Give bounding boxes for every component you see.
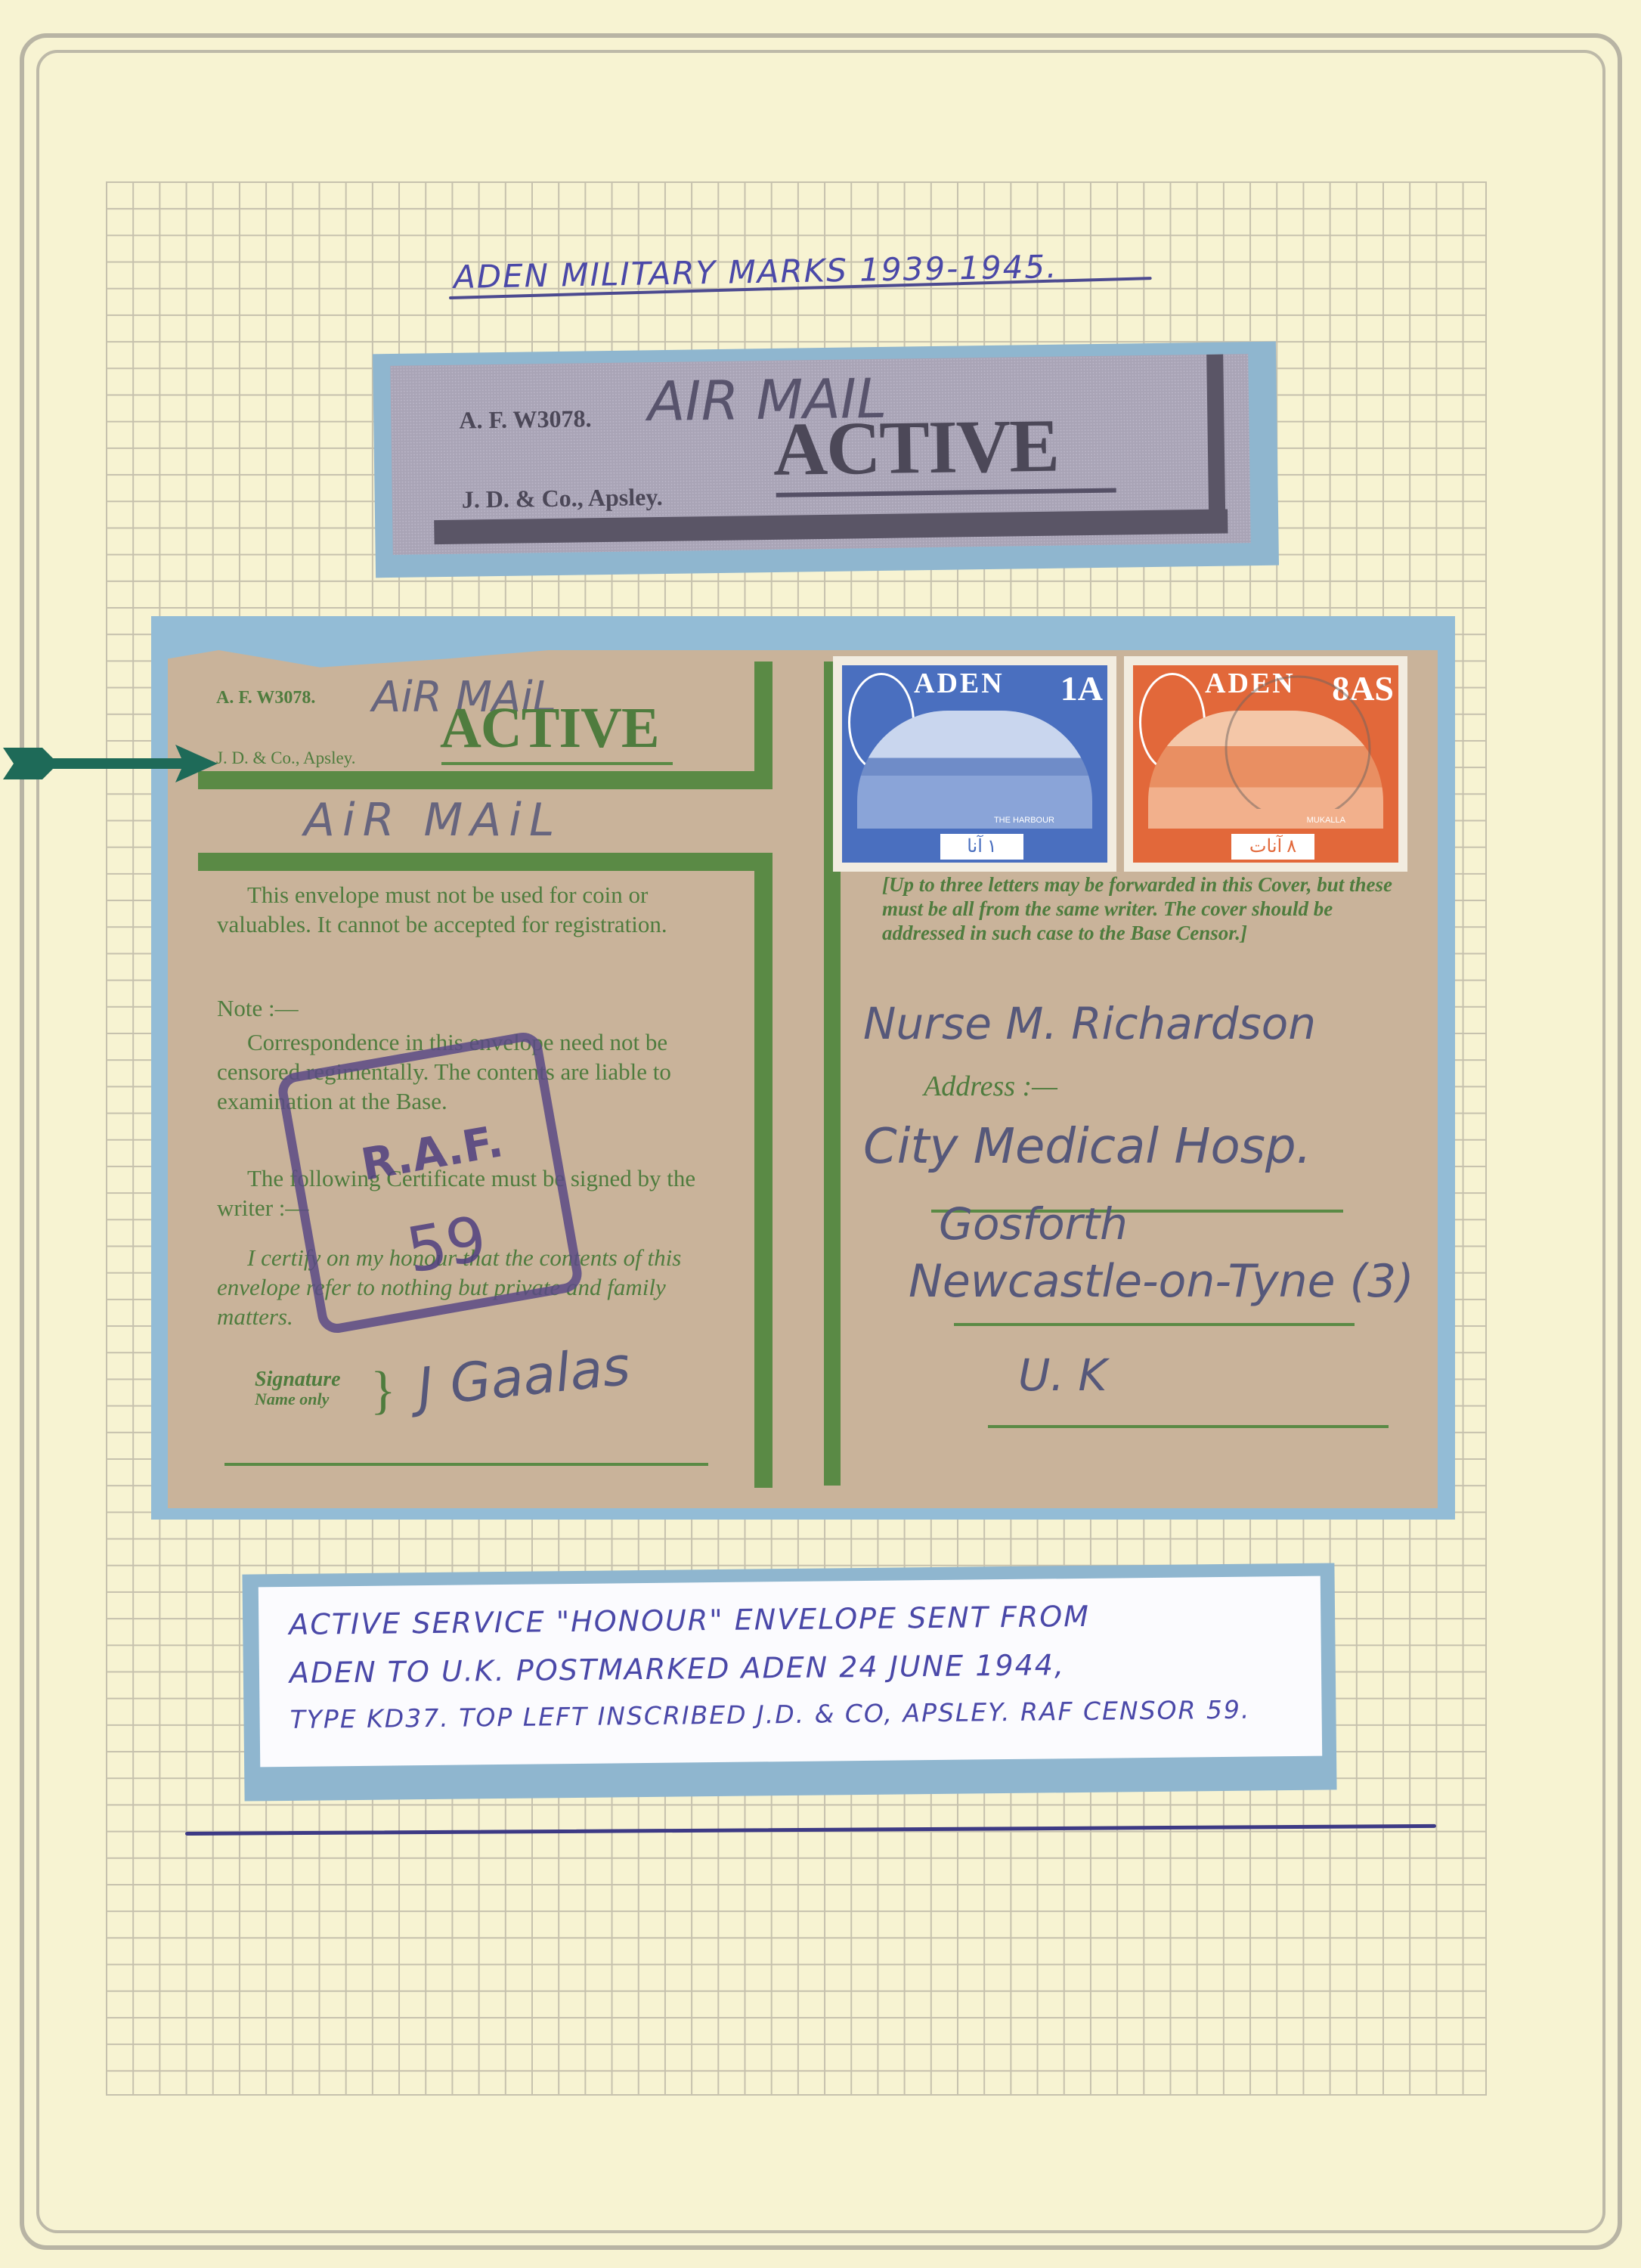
stamp-1a: ADEN 1A THE HARBOUR ١ آنا xyxy=(833,656,1116,872)
address-line: Gosforth xyxy=(939,1198,1128,1250)
envelope-printer: J. D. & Co., Apsley. xyxy=(216,748,355,768)
cover-instructions: [Up to three letters may be forwarded in… xyxy=(882,873,1411,946)
cutout-frame-bar-vertical xyxy=(1206,355,1225,532)
address-rule xyxy=(988,1425,1389,1428)
address-line: U. K xyxy=(1018,1349,1107,1401)
cutout-printer: J. D. & Co., Apsley. xyxy=(462,483,663,514)
envelope-heading-underline xyxy=(441,762,673,765)
frame-bar xyxy=(754,661,773,789)
envelope-form-number: A. F. W3078. xyxy=(216,688,315,708)
warning-text: This envelope must not be used for coin … xyxy=(217,881,708,940)
addressee: Nurse M. Richardson xyxy=(863,998,1316,1049)
postmark xyxy=(1218,650,1377,809)
frame-bar xyxy=(198,771,773,789)
cutout-form-number: A. F. W3078. xyxy=(459,404,592,434)
address-label: Address :— xyxy=(924,1070,1057,1103)
signature-label: Signature Name only xyxy=(255,1368,341,1408)
manuscript-airmail: AiR MAiL xyxy=(304,794,562,847)
envelope-heading: ACTIVE xyxy=(440,696,659,761)
brace-glyph: } xyxy=(370,1365,396,1417)
description-card: ACTIVE SERVICE "HONOUR" ENVELOPE SENT FR… xyxy=(259,1576,1322,1768)
signature-line xyxy=(224,1463,708,1466)
cutout-frame-bar xyxy=(434,509,1228,544)
address-line: City Medical Hosp. xyxy=(863,1119,1311,1175)
note-label: Note :— xyxy=(217,994,708,1024)
frame-bar xyxy=(198,853,773,871)
address-rule xyxy=(954,1323,1355,1326)
description-line: ACTIVE SERVICE "HONOUR" ENVELOPE SENT FR… xyxy=(289,1600,1090,1641)
description-line: ADEN TO U.K. POSTMARKED ADEN 24 JUNE 194… xyxy=(289,1648,1065,1690)
envelope: A. F. W3078. J. D. & Co., Apsley. AiR MA… xyxy=(168,650,1438,1508)
censor-mark: R.A.F. 59 xyxy=(275,1030,584,1336)
frame-bar xyxy=(754,853,773,1488)
cutout-fragment: A. F. W3078. J. D. & Co., Apsley. AIR MA… xyxy=(390,354,1250,555)
description-line: TYPE KD37. TOP LEFT INSCRIBED J.D. & CO,… xyxy=(289,1695,1250,1734)
signature: J Gaalas xyxy=(414,1334,633,1418)
cutout-heading: ACTIVE xyxy=(773,402,1059,493)
arrow-right-icon xyxy=(0,745,219,782)
address-line: Newcastle-on-Tyne (3) xyxy=(909,1255,1414,1308)
